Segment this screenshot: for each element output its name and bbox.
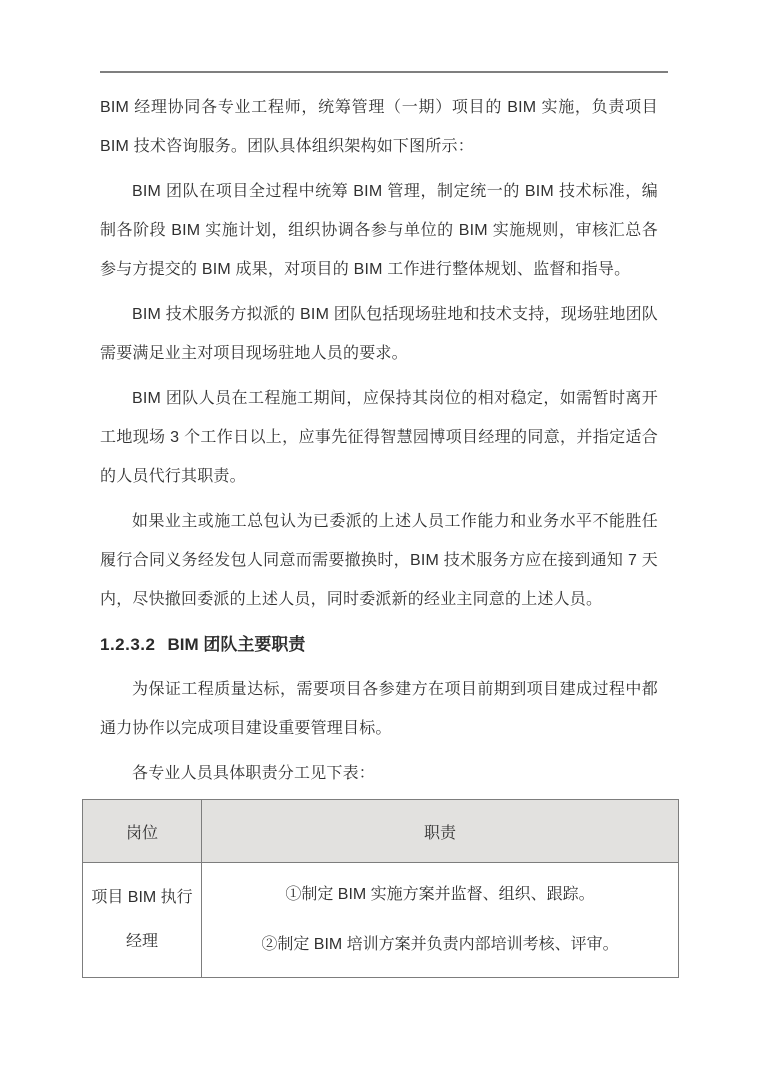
header-rule <box>100 71 668 73</box>
position-cell: 项目 BIM 执行 经理 <box>83 863 202 978</box>
paragraph: BIM 团队在项目全过程中统筹 BIM 管理，制定统一的 BIM 技术标准，编制… <box>100 172 658 289</box>
paragraph: BIM 技术服务方拟派的 BIM 团队包括现场驻地和技术支持，现场驻地团队需要满… <box>100 295 658 373</box>
position-line: 项目 BIM 执行 <box>83 876 201 920</box>
document-page: BIM 经理协同各专业工程师，统筹管理（一期）项目的 BIM 实施，负责项目 B… <box>0 0 760 1075</box>
duties-table: 岗位 职责 项目 BIM 执行 经理 ①制定 BIM 实施方案并监督、组织、跟踪… <box>82 799 679 978</box>
table-row: 项目 BIM 执行 经理 ①制定 BIM 实施方案并监督、组织、跟踪。 ②制定 … <box>83 863 679 978</box>
duties-cell: ①制定 BIM 实施方案并监督、组织、跟踪。 ②制定 BIM 培训方案并负责内部… <box>202 863 679 978</box>
position-line: 经理 <box>83 920 201 964</box>
section-number: 1.2.3.2 <box>100 635 156 654</box>
paragraph: 为保证工程质量达标，需要项目各参建方在项目前期到项目建成过程中都通力协作以完成项… <box>100 670 658 748</box>
paragraph: 如果业主或施工总包认为已委派的上述人员工作能力和业务水平不能胜任履行合同义务经发… <box>100 502 658 619</box>
paragraph: BIM 经理协同各专业工程师，统筹管理（一期）项目的 BIM 实施，负责项目 B… <box>100 88 658 166</box>
header-cell-position: 岗位 <box>83 800 202 863</box>
section-title: BIM 团队主要职责 <box>168 635 306 654</box>
table-header-row: 岗位 职责 <box>83 800 679 863</box>
duty-item: ①制定 BIM 实施方案并监督、组织、跟踪。 <box>202 870 678 920</box>
duty-item: ②制定 BIM 培训方案并负责内部培训考核、评审。 <box>202 920 678 970</box>
paragraph: BIM 团队人员在工程施工期间，应保持其岗位的相对稳定，如需暂时离开工地现场 3… <box>100 379 658 496</box>
header-cell-duties: 职责 <box>202 800 679 863</box>
document-content: BIM 经理协同各专业工程师，统筹管理（一期）项目的 BIM 实施，负责项目 B… <box>100 88 658 978</box>
section-heading: 1.2.3.2BIM 团队主要职责 <box>100 625 658 664</box>
paragraph: 各专业人员具体职责分工见下表： <box>100 754 658 793</box>
